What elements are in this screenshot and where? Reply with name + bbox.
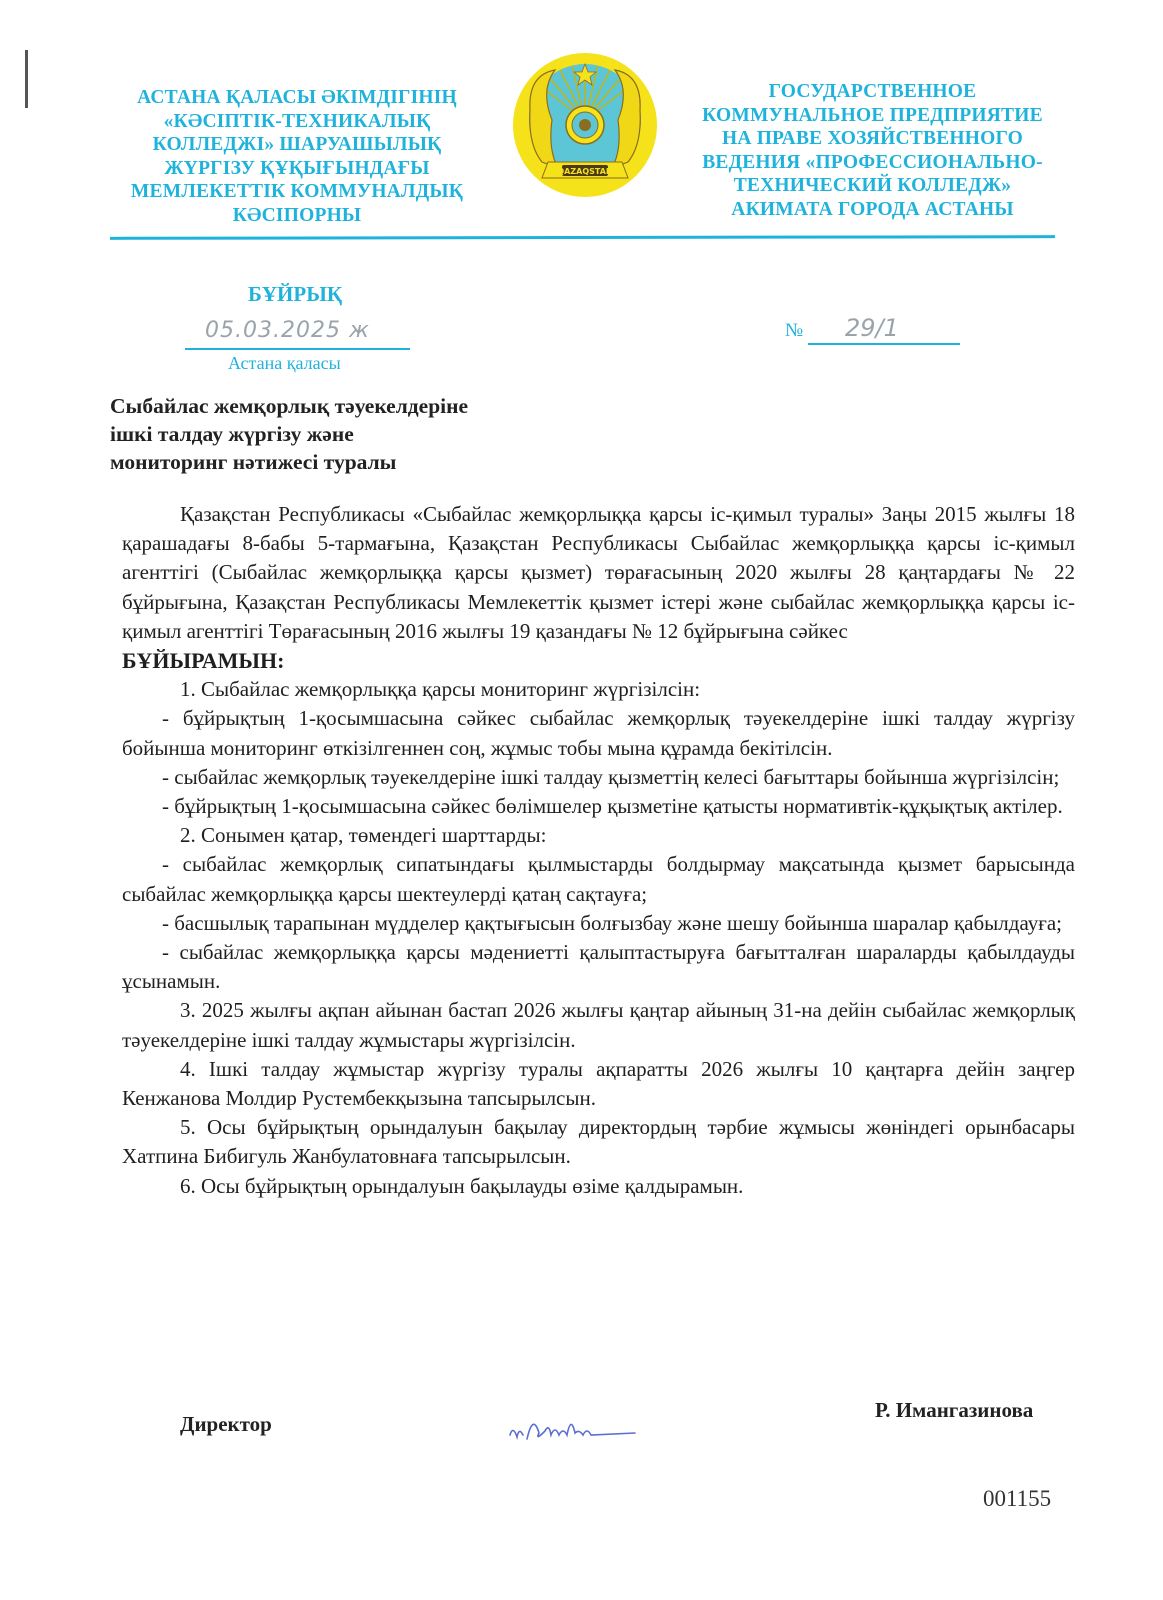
signatory-position: Директор: [180, 1412, 272, 1437]
order-title: БҰЙРЫҚ: [248, 282, 342, 307]
list-item: 6. Осы бұйрықтың орындалуын бақылауды өз…: [122, 1172, 1075, 1201]
header-line: «КӘСІПТІК-ТЕХНИКАЛЫҚ: [112, 110, 482, 134]
subject-line: ішкі талдау жүргізу және: [110, 420, 468, 448]
signatory-name: Р. Имангазинова: [875, 1398, 1033, 1423]
header-line: АСТАНА ҚАЛАСЫ ӘКІМДІГІНІҢ: [112, 86, 482, 110]
header-line: АКИМАТА ГОРОДА АСТАНЫ: [690, 198, 1055, 222]
list-item: 3. 2025 жылғы ақпан айынан бастап 2026 ж…: [122, 996, 1075, 1054]
header-line: КОЛЛЕДЖІ» ШАРУАШЫЛЫҚ: [112, 133, 482, 157]
number-underline: [808, 343, 960, 345]
order-date: 05.03.2025 ж: [205, 318, 370, 343]
header-divider: [110, 235, 1055, 240]
header-line: ЖҮРГІЗУ ҚҰҚЫҒЫНДАҒЫ: [112, 157, 482, 181]
list-item: - бұйрықтың 1-қосымшасына сәйкес бөлімше…: [122, 792, 1075, 821]
list-item: 1. Сыбайлас жемқорлыққа қарсы мониторинг…: [122, 675, 1075, 704]
list-item: - басшылық тарапынан мүдделер қақтығысын…: [122, 909, 1075, 938]
header-line: КӘСІПОРНЫ: [112, 204, 482, 228]
list-item: 2. Сонымен қатар, төмендегі шарттарды:: [122, 821, 1075, 850]
list-item: - сыбайлас жемқорлық тәуекелдеріне ішкі …: [122, 763, 1075, 792]
handwritten-signature-icon: [505, 1405, 645, 1455]
header-line: МЕМЛЕКЕТТІК КОММУНАЛДЫҚ: [112, 180, 482, 204]
order-subject: Сыбайлас жемқорлық тәуекелдеріне ішкі та…: [110, 392, 468, 476]
order-number: 29/1: [845, 314, 899, 342]
list-item: 4. Ішкі талдау жұмыстар жүргізу туралы а…: [122, 1055, 1075, 1113]
order-number-label: №: [785, 320, 803, 342]
decree-heading: БҰЙЫРАМЫН:: [122, 646, 1075, 675]
margin-mark: [25, 50, 28, 108]
header-line: ВЕДЕНИЯ «ПРОФЕССИОНАЛЬНО-: [690, 151, 1055, 175]
state-emblem-icon: QAZAQSTAN: [510, 50, 660, 200]
header-line: ТЕХНИЧЕСКИЙ КОЛЛЕДЖ»: [690, 174, 1055, 198]
subject-line: мониторинг нәтижесі туралы: [110, 448, 468, 476]
header-russian-org: ГОСУДАРСТВЕННОЕ КОММУНАЛЬНОЕ ПРЕДПРИЯТИЕ…: [690, 80, 1055, 221]
subject-line: Сыбайлас жемқорлық тәуекелдеріне: [110, 392, 468, 420]
order-city: Астана қаласы: [228, 353, 341, 374]
header-line: КОММУНАЛЬНОЕ ПРЕДПРИЯТИЕ: [690, 104, 1055, 128]
header-line: ГОСУДАРСТВЕННОЕ: [690, 80, 1055, 104]
preamble: Қазақстан Республикасы «Сыбайлас жемқорл…: [122, 500, 1075, 646]
list-item: - бұйрықтың 1-қосымшасына сәйкес сыбайла…: [122, 704, 1075, 762]
date-underline: [185, 348, 410, 350]
list-item: 5. Осы бұйрықтың орындалуын бақылау дире…: [122, 1113, 1075, 1171]
header-line: НА ПРАВЕ ХОЗЯЙСТВЕННОГО: [690, 127, 1055, 151]
list-item: - сыбайлас жемқорлық сипатындағы қылмыст…: [122, 850, 1075, 908]
header-kazakh-org: АСТАНА ҚАЛАСЫ ӘКІМДІГІНІҢ «КӘСІПТІК-ТЕХН…: [112, 86, 482, 227]
svg-text:QAZAQSTAN: QAZAQSTAN: [557, 167, 612, 176]
serial-number: 001155: [983, 1486, 1051, 1512]
order-body: Қазақстан Республикасы «Сыбайлас жемқорл…: [122, 500, 1075, 1201]
list-item: - сыбайлас жемқорлыққа қарсы мәдениетті …: [122, 938, 1075, 996]
